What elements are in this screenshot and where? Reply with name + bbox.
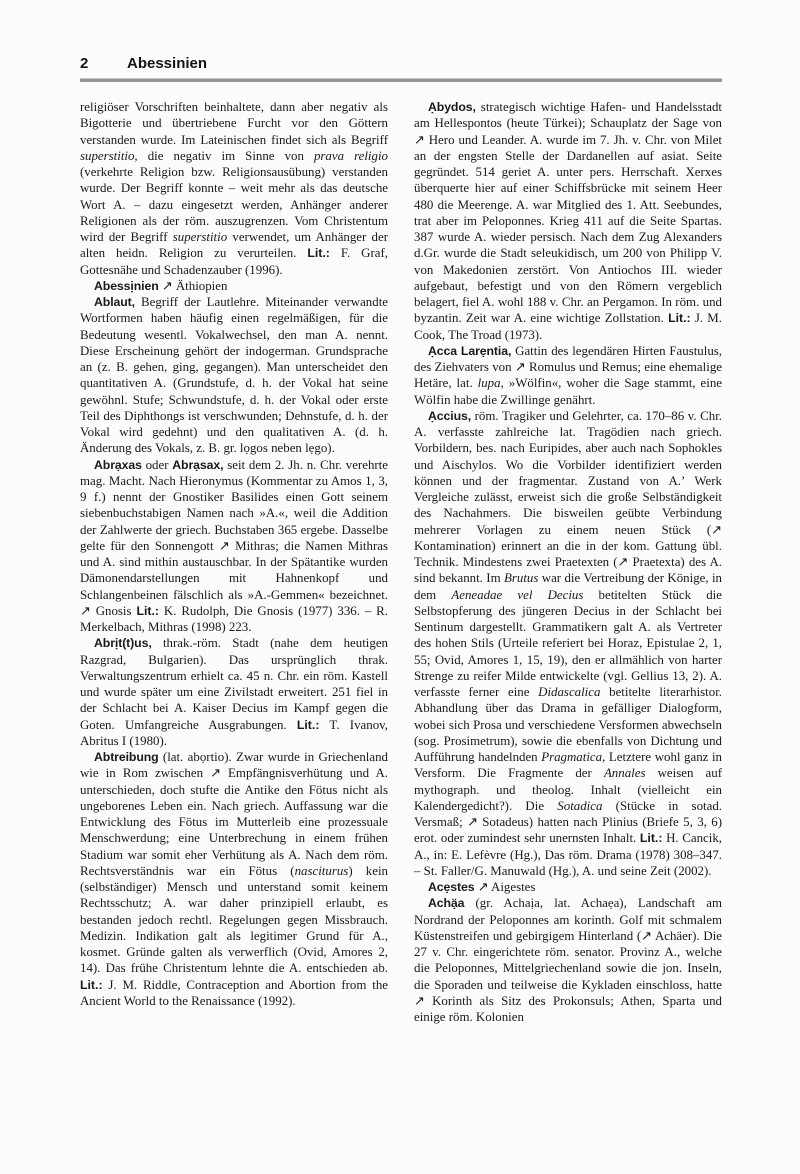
text-run: röm. Tragiker und Gelehrter, ca. 170–86 … <box>414 409 722 586</box>
entry-abrittus: Abrịt(t)us, thrak.-röm. Stadt (nahe dem … <box>80 635 388 749</box>
headword: Abrạsax, <box>172 458 223 472</box>
headword: Achạ̈a <box>428 896 464 910</box>
entry-achaea: Achạ̈a (gr. Achaịa, lat. Achaẹa), Landsc… <box>414 895 722 1025</box>
headword: Abessịnien <box>94 279 159 293</box>
text-run: die negativ im Sinne von <box>138 149 314 163</box>
text-run: oder <box>142 458 172 472</box>
right-column: Ạbydos, strategisch wichtige Hafen- und … <box>414 99 722 1025</box>
page-header: 2 Abessinien <box>80 55 722 72</box>
italic-run: Brutus <box>504 571 538 585</box>
entry-abtreibung: Abtreibung (lat. abọrtio). Zwar wurde in… <box>80 749 388 1009</box>
text-run: religiöser Vorschriften beinhaltete, dan… <box>80 100 388 147</box>
lit-label: Lit.: <box>80 978 103 992</box>
header-rule <box>80 78 722 82</box>
text-run: betitelten Stück die Selbstopferung des … <box>414 588 722 700</box>
entry-accius: Ạccius, röm. Tragiker und Gelehrter, ca.… <box>414 408 722 879</box>
entry-acestes: Acẹstes ↗ Aigestes <box>414 879 722 895</box>
italic-run: prava religio <box>314 149 388 163</box>
headword: Ạccius, <box>428 409 471 423</box>
italic-run: nasciturus <box>295 864 349 878</box>
text-run: ) kein (selbständiger) Mensch und unters… <box>80 864 388 976</box>
italic-run: Annales <box>604 766 646 780</box>
text-run: strategisch wichtige Hafen- und Handelss… <box>414 100 722 325</box>
text-run: J. M. Riddle, Contraception and Abortion… <box>80 978 388 1008</box>
headword: Ạbydos, <box>428 100 476 114</box>
text-run: (lat. abọrtio). Zwar wurde in Griechenla… <box>80 750 388 878</box>
italic-run: lupa, <box>478 376 504 390</box>
lit-label: Lit.: <box>307 246 330 260</box>
entry-abessinien: Abessịnien ↗ Äthiopien <box>80 278 388 294</box>
lit-label: Lit.: <box>136 604 159 618</box>
text-run: (gr. Achaịa, lat. Achaẹa), Landschaft am… <box>414 896 722 1024</box>
entry-ablaut: Ablaut, Begriff der Lautlehre. Miteinand… <box>80 294 388 457</box>
entry-aberglaube-continuation: religiöser Vorschriften beinhaltete, dan… <box>80 99 388 278</box>
italic-run: Aeneadae vel Decius <box>451 588 583 602</box>
entry-acca-larentia: Ạcca Larẹntia, Gattin des legendären Hir… <box>414 343 722 408</box>
left-column: religiöser Vorschriften beinhaltete, dan… <box>80 99 388 1009</box>
running-head: Abessinien <box>127 55 207 72</box>
italic-run: Pragmatica, <box>541 750 605 764</box>
headword: Ạcca Larẹntia, <box>428 344 511 358</box>
lit-label: Lit.: <box>668 311 691 325</box>
entry-abraxas: Abrạxas oder Abrạsax, seit dem 2. Jh. n.… <box>80 457 388 636</box>
text-run: ↗ Aigestes <box>474 880 535 894</box>
headword: Acẹstes <box>428 880 474 894</box>
entry-abydos: Ạbydos, strategisch wichtige Hafen- und … <box>414 99 722 343</box>
headword: Abtreibung <box>94 750 159 764</box>
headword: Ablaut, <box>94 295 135 309</box>
headword: Abrịt(t)us, <box>94 636 152 650</box>
italic-run: superstitio, <box>80 149 138 163</box>
text-run: ↗ Äthiopien <box>159 279 228 293</box>
lit-label: Lit.: <box>297 718 320 732</box>
text-run: seit dem 2. Jh. n. Chr. verehrte mag. Ma… <box>80 458 388 618</box>
lexicon-page: 2 Abessinien religiöser Vorschriften bei… <box>0 0 800 1174</box>
italic-run: Didascalica <box>538 685 600 699</box>
headword: Abrạxas <box>94 458 142 472</box>
italic-run: superstitio <box>173 230 227 244</box>
lit-label: Lit.: <box>640 831 663 845</box>
page-number: 2 <box>80 55 127 72</box>
text-run: Begriff der Lautlehre. Miteinander verwa… <box>80 295 388 455</box>
italic-run: Sotadica <box>557 799 602 813</box>
